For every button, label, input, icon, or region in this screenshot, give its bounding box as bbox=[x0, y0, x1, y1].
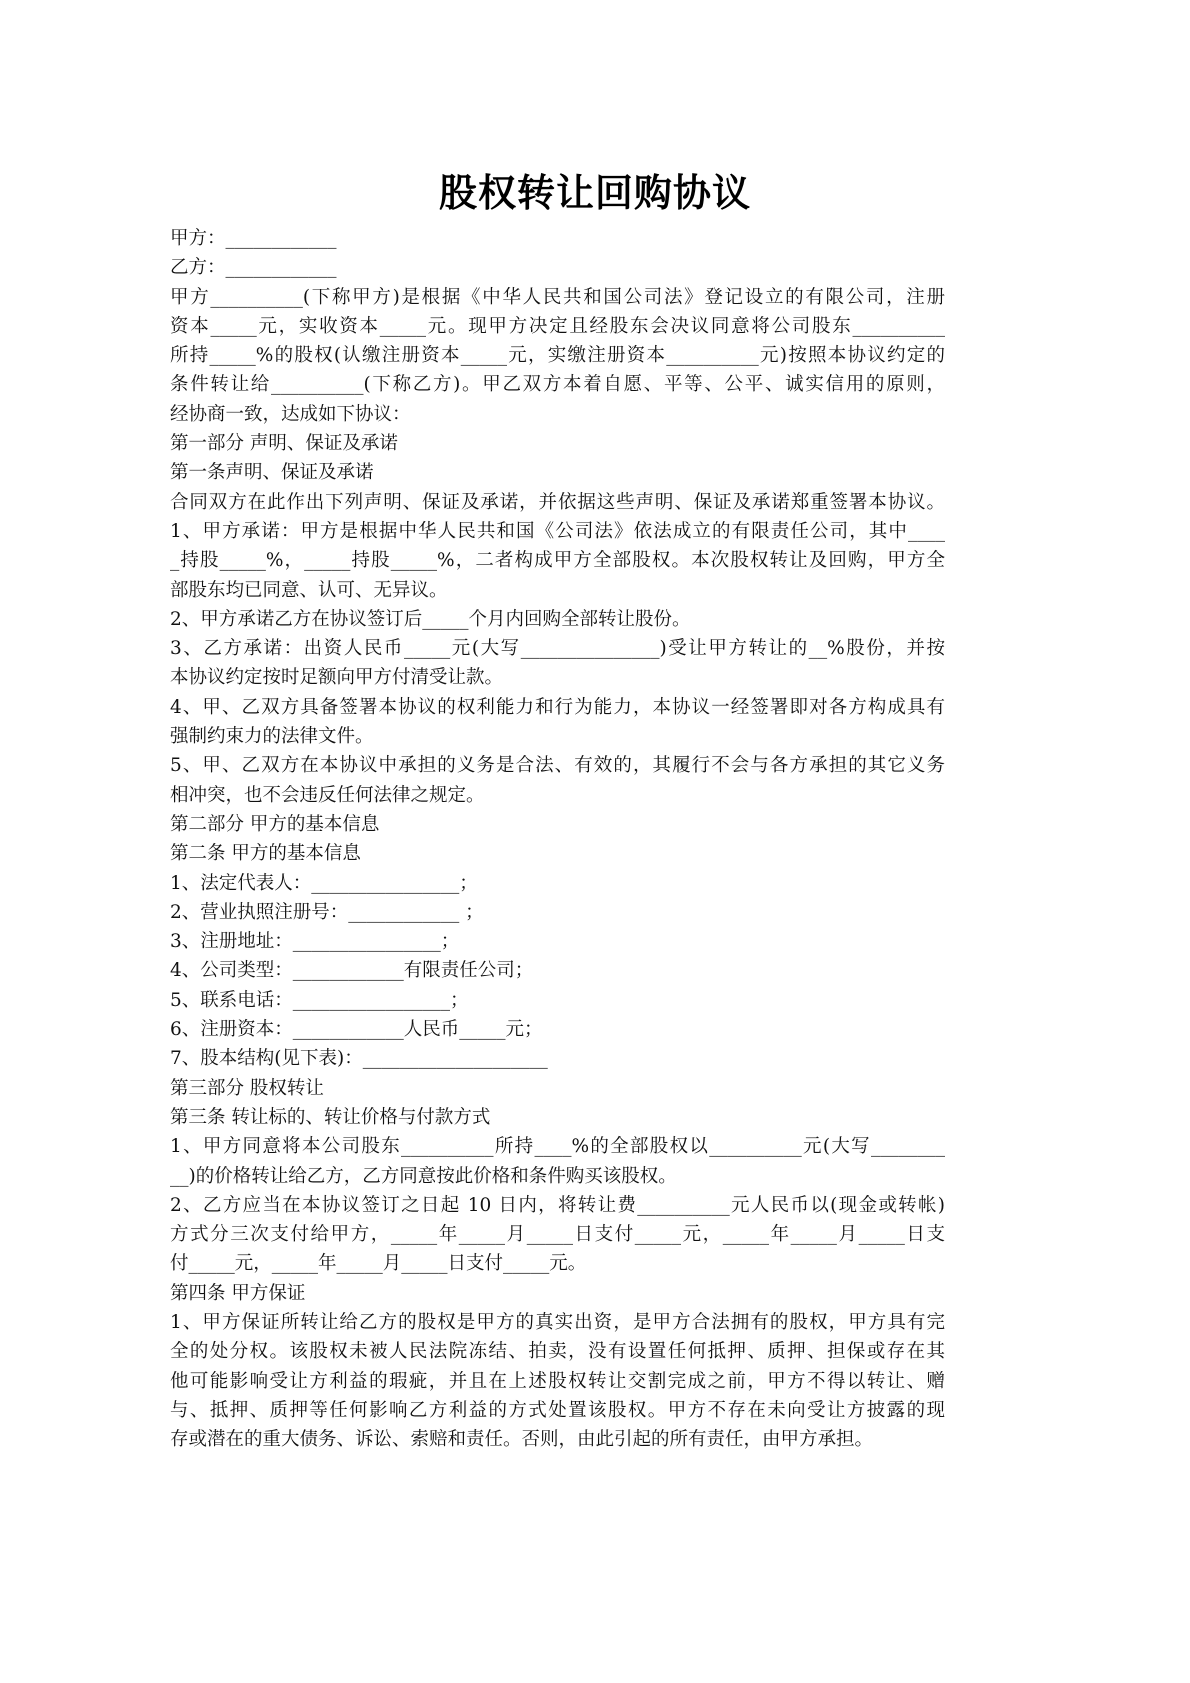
info-field-license-no: 2、营业执照注册号：____________ ； bbox=[170, 898, 945, 927]
preamble-line: 甲方__________(下称甲方)是根据《中华人民共和国公司法》登记设立的有限… bbox=[170, 283, 945, 312]
clause-line: 强制约束力的法律文件。 bbox=[170, 722, 945, 751]
preamble-line: 经协商一致，达成如下协议： bbox=[170, 400, 945, 429]
article-heading: 第四条 甲方保证 bbox=[170, 1279, 945, 1308]
preamble-line: 资本_____元，实收资本_____元。现甲方决定且经股东会决议同意将公司股东_… bbox=[170, 312, 945, 341]
info-field-address: 3、注册地址：________________； bbox=[170, 927, 945, 956]
clause-line: 他可能影响受让方利益的瑕疵，并且在上述股权转让交割完成之前，甲方不得以转让、赠 bbox=[170, 1367, 945, 1396]
article-heading: 第二条 甲方的基本信息 bbox=[170, 839, 945, 868]
info-field-legal-rep: 1、法定代表人：________________； bbox=[170, 869, 945, 898]
clause-line: 1、甲方同意将本公司股东__________所持____%的全部股权以_____… bbox=[170, 1132, 945, 1161]
info-field-capital: 6、注册资本：____________人民币_____元； bbox=[170, 1015, 945, 1044]
preamble-line: 条件转让给__________(下称乙方)。甲乙双方本着自愿、平等、公平、诚实信… bbox=[170, 370, 945, 399]
clause-line: 1、甲方保证所转让给乙方的股权是甲方的真实出资，是甲方合法拥有的股权，甲方具有完 bbox=[170, 1308, 945, 1337]
document-body: 甲方：____________ 乙方：____________ 甲方______… bbox=[170, 224, 945, 1454]
paragraph-line: 合同双方在此作出下列声明、保证及承诺，并依据这些声明、保证及承诺郑重签署本协议。 bbox=[170, 488, 945, 517]
clause-line: 部股东均已同意、认可、无异议。 bbox=[170, 576, 945, 605]
clause-line: 2、乙方应当在本协议签订之日起 10 日内，将转让费__________元人民币… bbox=[170, 1191, 945, 1220]
clause-line: 4、甲、乙双方具备签署本协议的权利能力和行为能力，本协议一经签署即对各方构成具有 bbox=[170, 693, 945, 722]
info-field-share-structure: 7、股本结构(见下表)：____________________ bbox=[170, 1044, 945, 1073]
party-b-line: 乙方：____________ bbox=[170, 253, 945, 282]
clause-line: 与、抵押、质押等任何影响乙方利益的方式处置该股权。甲方不存在未向受让方披露的现 bbox=[170, 1396, 945, 1425]
clause-line: 全的处分权。该股权未被人民法院冻结、拍卖，没有设置任何抵押、质押、担保或存在其 bbox=[170, 1337, 945, 1366]
clause-line: 1、甲方承诺：甲方是根据中华人民共和国《公司法》依法成立的有限责任公司，其中__… bbox=[170, 517, 945, 546]
clause-line: 本协议约定按时足额向甲方付清受让款。 bbox=[170, 663, 945, 692]
clause-line: 相冲突，也不会违反任何法律之规定。 bbox=[170, 781, 945, 810]
clause-line: _持股_____%，_____持股_____%，二者构成甲方全部股权。本次股权转… bbox=[170, 546, 945, 575]
clause-line: 5、甲、乙双方在本协议中承担的义务是合法、有效的，其履行不会与各方承担的其它义务 bbox=[170, 751, 945, 780]
clause-line: 付_____元，_____年_____月_____日支付_____元。 bbox=[170, 1249, 945, 1278]
preamble-line: 所持_____%的股权(认缴注册资本_____元，实缴注册资本_________… bbox=[170, 341, 945, 370]
clause-line: __)的价格转让给乙方，乙方同意按此价格和条件购买该股权。 bbox=[170, 1162, 945, 1191]
clause-line: 方式分三次支付给甲方，_____年_____月_____日支付_____元，__… bbox=[170, 1220, 945, 1249]
part-heading: 第一部分 声明、保证及承诺 bbox=[170, 429, 945, 458]
clause-line: 存或潜在的重大债务、诉讼、索赔和责任。否则，由此引起的所有责任，由甲方承担。 bbox=[170, 1425, 945, 1454]
info-field-phone: 5、联系电话：_________________； bbox=[170, 986, 945, 1015]
info-field-company-type: 4、公司类型：____________有限责任公司； bbox=[170, 956, 945, 985]
clause-line: 3、乙方承诺：出资人民币_____元(大写_______________)受让甲… bbox=[170, 634, 945, 663]
article-heading: 第一条声明、保证及承诺 bbox=[170, 458, 945, 487]
part-heading: 第三部分 股权转让 bbox=[170, 1074, 945, 1103]
document-page: 股权转让回购协议 甲方：____________ 乙方：____________… bbox=[0, 0, 1190, 1683]
document-title: 股权转让回购协议 bbox=[0, 162, 1190, 217]
clause-line: 2、甲方承诺乙方在协议签订后_____个月内回购全部转让股份。 bbox=[170, 605, 945, 634]
party-a-line: 甲方：____________ bbox=[170, 224, 945, 253]
article-heading: 第三条 转让标的、转让价格与付款方式 bbox=[170, 1103, 945, 1132]
part-heading: 第二部分 甲方的基本信息 bbox=[170, 810, 945, 839]
